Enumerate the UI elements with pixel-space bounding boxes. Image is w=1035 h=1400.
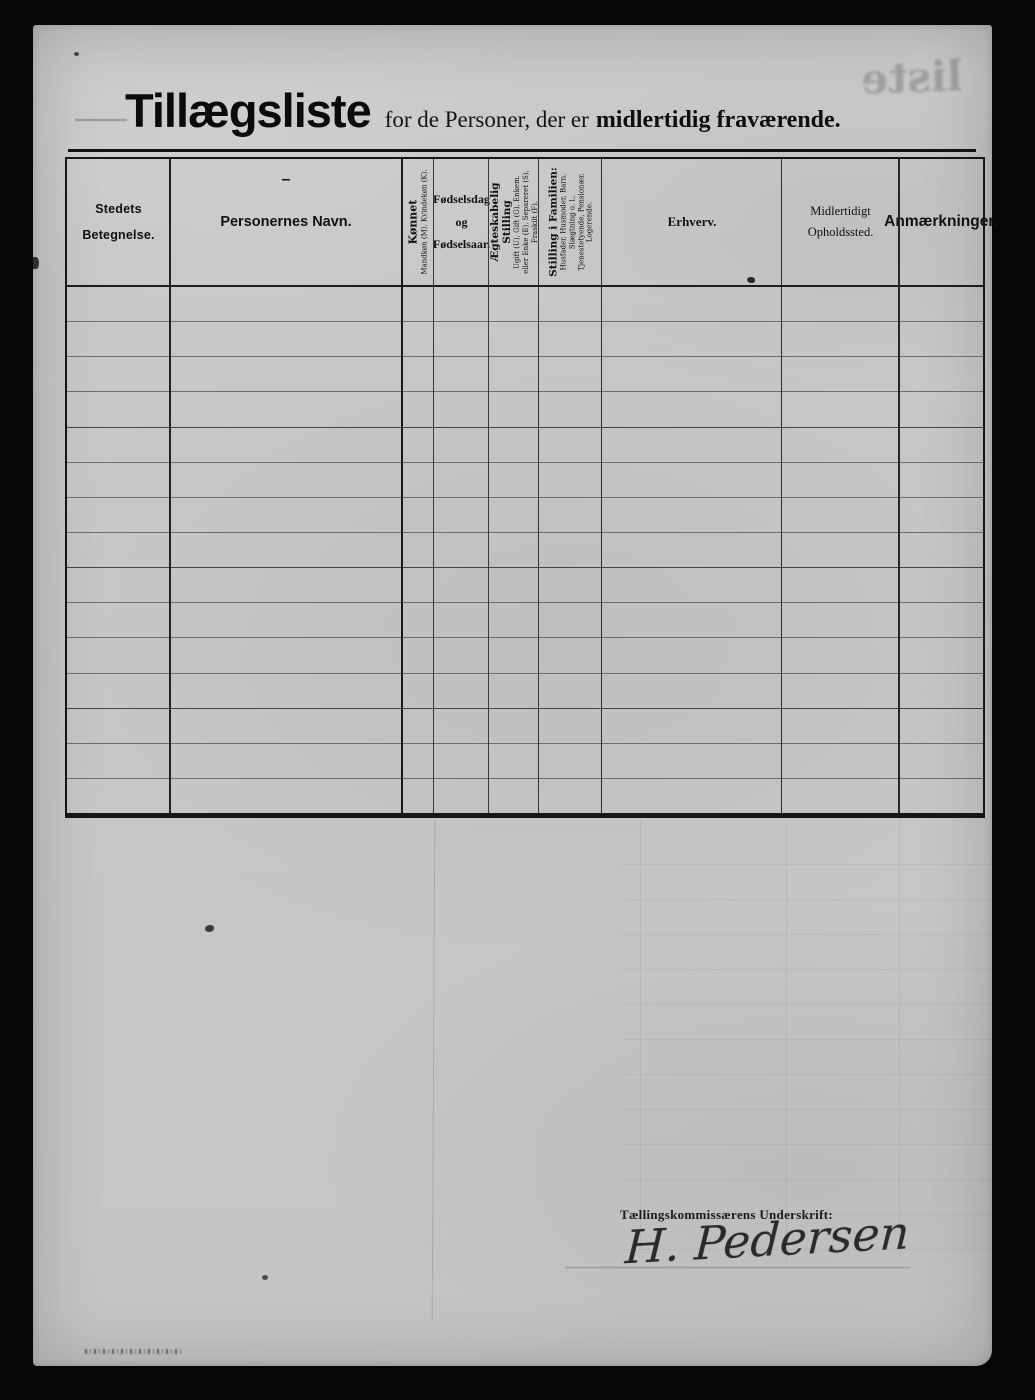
header-label: Stilling i Familien:: [547, 161, 559, 283]
column-header-opholdssted: Midlertidigt Opholdssted.: [782, 159, 899, 285]
column-rule: [601, 159, 602, 813]
header-line: Fødselsaar.: [433, 233, 490, 256]
header-label: Ægteskabelig Stilling: [489, 161, 513, 283]
header-subtext: Logerende.: [585, 161, 594, 283]
column-rule: [169, 159, 171, 813]
header-line: Opholdssted.: [808, 222, 874, 243]
header-label: Personernes Navn.: [220, 214, 351, 230]
scan-artifact-line: [75, 119, 127, 121]
ink-mark: [747, 277, 755, 283]
header-subtext: Mandkøn (M), Kvindekøn (K).: [420, 161, 429, 283]
header-line: Betegnelse.: [82, 222, 154, 248]
page-title-subtitle: for de Personer, der er: [385, 107, 589, 133]
ink-mark: [262, 1275, 268, 1280]
ink-mark: [205, 925, 214, 932]
column-header-konnet: Kønnet Mandkøn (M), Kvindekøn (K).: [402, 159, 434, 285]
census-table: Stedets Betegnelse. – Personernes Navn. …: [65, 157, 985, 818]
bleedthrough-grid: [620, 830, 992, 1260]
column-header-erhverv: Erhverv.: [602, 159, 782, 285]
column-header-personernes-navn: – Personernes Navn.: [170, 159, 402, 285]
table-row: [67, 533, 983, 568]
printer-imprint: [85, 1349, 183, 1354]
table-row: [67, 568, 983, 603]
table-row: [67, 463, 983, 498]
scanned-census-form-page: liste Tillægsliste for de Personer, der …: [33, 25, 992, 1366]
column-rule: [898, 159, 900, 813]
table-row: [67, 287, 983, 322]
header-line: Stedets: [82, 196, 154, 222]
header-subtext: Slægtning o. l.,: [568, 161, 577, 283]
title-divider-rule: [68, 149, 976, 152]
header-line: og: [433, 211, 490, 234]
header-label: Erhverv.: [668, 214, 717, 230]
header-line: Fødselsdag: [433, 188, 490, 211]
table-row: [67, 638, 983, 673]
column-rule: [433, 159, 434, 813]
column-header-stedets-betegnelse: Stedets Betegnelse.: [67, 159, 170, 285]
column-rule: [781, 159, 782, 813]
table-row: [67, 392, 983, 427]
page-title-subtitle-bold: midlertidig fraværende.: [596, 107, 841, 134]
column-header-stilling-i-familien: Stilling i Familien: Husfader, Husmoder,…: [539, 159, 602, 285]
column-rule: [538, 159, 539, 813]
table-row: [67, 428, 983, 463]
scan-speck: [33, 257, 39, 269]
header-subtext: Tjenestetyende, Pensionær,: [577, 161, 586, 283]
scan-speck: [74, 52, 79, 56]
table-row: [67, 603, 983, 638]
table-header-row: Stedets Betegnelse. – Personernes Navn. …: [67, 159, 983, 285]
table-row: [67, 498, 983, 533]
table-row: [67, 779, 983, 813]
table-row: [67, 357, 983, 392]
header-label: Kønnet: [407, 161, 420, 283]
table-row: [67, 744, 983, 779]
header-line: Midlertidigt: [808, 201, 874, 222]
page-title-main: Tillægsliste: [125, 83, 371, 138]
header-subtext: eller Enke (E), Separeret (S),: [522, 161, 531, 283]
column-header-aegteskabelig-stilling: Ægteskabelig Stilling Ugift (U), Gift (G…: [489, 159, 539, 285]
header-subtext: Ugift (U), Gift (G), Enkem.: [513, 161, 522, 283]
table-row: [67, 709, 983, 744]
column-rule: [401, 159, 403, 813]
table-row: [67, 674, 983, 709]
page-title: Tillægsliste for de Personer, der er mid…: [125, 83, 975, 138]
column-header-anmaerkninger: Anmærkninger.: [899, 159, 983, 285]
column-header-fodselsdag: Fødselsdag og Fødselsaar.: [434, 159, 489, 285]
header-dash-mark: –: [170, 171, 402, 189]
table-row: [67, 322, 983, 357]
header-subtext: Husfader, Husmoder, Barn,: [559, 161, 568, 283]
table-body: [67, 287, 983, 813]
column-rule: [488, 159, 489, 813]
header-label: Anmærkninger.: [884, 213, 998, 231]
ghost-column-rule: [432, 820, 436, 1320]
